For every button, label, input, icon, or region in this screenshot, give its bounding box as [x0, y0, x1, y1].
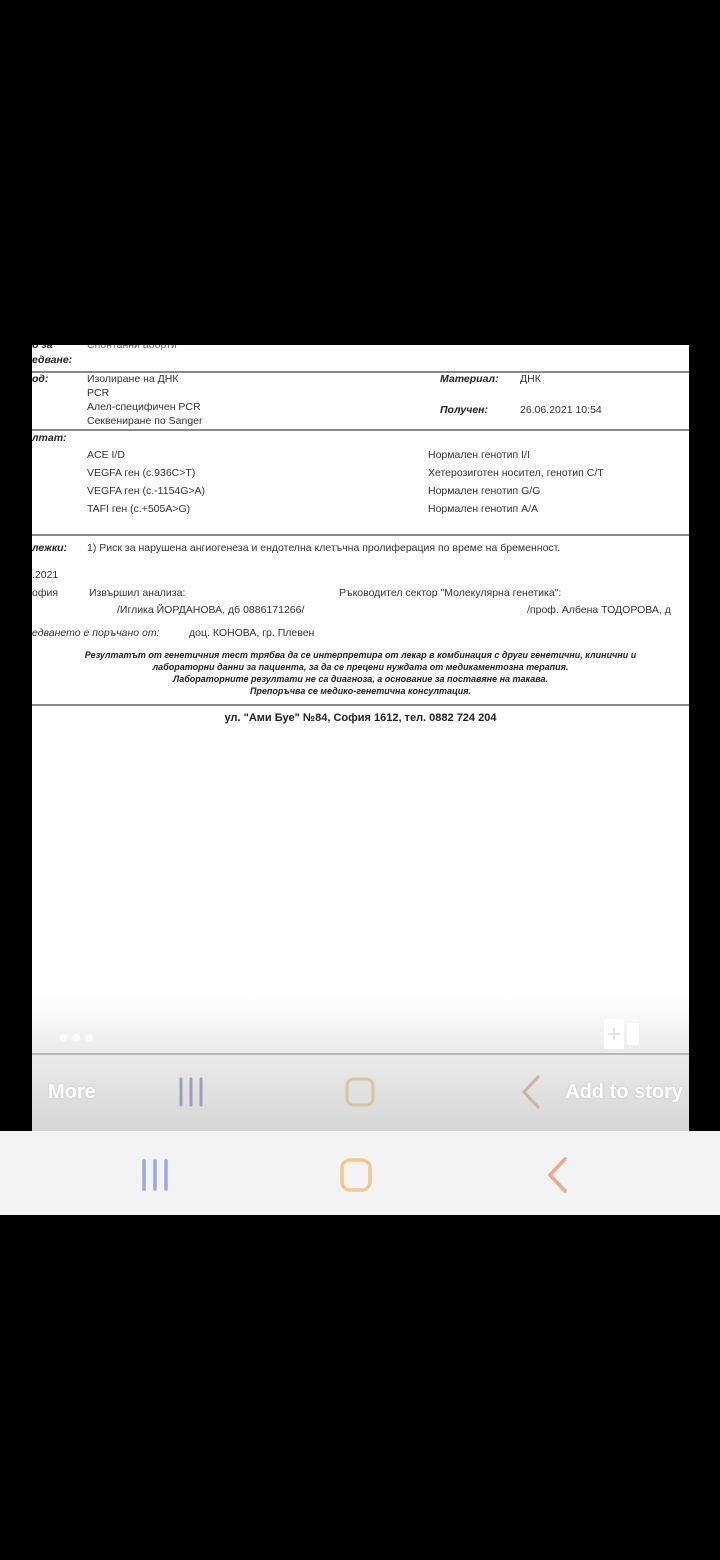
received-value: 26.06.2021 10:54: [520, 404, 602, 416]
disclaimer-line: Препоръчва се медико-генетична консултац…: [32, 686, 689, 698]
notes-label: лежки:: [32, 542, 67, 554]
disclaimer-line: Лабораторните резултати не са диагноза, …: [32, 674, 689, 686]
overlay-divider: [32, 1053, 689, 1055]
result-test: ACE I/D: [87, 449, 125, 461]
add-to-story-icon[interactable]: [604, 1017, 640, 1051]
notes-text: 1) Риск за нарушена ангиогенеза и ендоте…: [87, 542, 560, 554]
more-dots-icon[interactable]: ●●●: [58, 1027, 97, 1048]
result-outcome: Нормален генотип A/A: [428, 503, 538, 515]
label-reason-line2: едване:: [32, 354, 72, 366]
system-navigation-bar: [0, 1131, 720, 1215]
head-name: /проф. Албена ТОДОРОВА, д: [527, 604, 671, 616]
back-icon[interactable]: [543, 1155, 571, 1195]
divider: [32, 534, 689, 536]
disclaimer-line: лабораторни данни за пациента, за да се …: [32, 662, 689, 674]
method-item: Секвениране по Sanger: [87, 415, 203, 427]
city-partial: офия: [32, 587, 58, 599]
recent-apps-ghost-icon: [177, 1075, 207, 1109]
viewer-overlay: ●●● More Add to story: [32, 995, 689, 1131]
back-ghost-icon: [518, 1073, 544, 1111]
home-icon[interactable]: [338, 1157, 374, 1193]
date-partial: .2021: [32, 569, 58, 581]
reason-value: Спонтанни аборти: [87, 345, 177, 351]
lab-address: ул. "Ами Буе" №84, София 1612, тел. 0882…: [32, 712, 689, 724]
result-outcome: Нормален генотип G/G: [428, 485, 540, 497]
method-item: PCR: [87, 387, 109, 399]
method-label: од:: [32, 373, 48, 385]
recent-apps-icon[interactable]: [140, 1157, 174, 1193]
result-label: лтат:: [32, 432, 67, 444]
divider: [32, 704, 689, 706]
method-item: Изолиране на ДНК: [87, 373, 178, 385]
ordered-label: едването е поръчано от:: [32, 627, 160, 639]
result-outcome: Нормален генотип I/I: [428, 449, 530, 461]
material-value: ДНК: [520, 373, 541, 385]
result-test: VEGFA ген (c.-1154G>A): [87, 485, 205, 497]
performed-name: /Иглика ЙОРДАНОВА, дб 0886171266/: [117, 604, 304, 616]
head-label: Ръководител сектор "Молекулярна генетика…: [339, 587, 561, 599]
performed-label: Извършил анализа:: [89, 587, 185, 599]
disclaimer-line: Резултатът от генетичния тест трябва да …: [32, 650, 689, 662]
result-test: TAFI ген (c.+505A>G): [87, 503, 190, 515]
result-outcome: Хетерозиготен носител, генотип C/T: [428, 467, 604, 479]
result-test: VEGFA ген (c.936C>T): [87, 467, 195, 479]
divider: [32, 429, 689, 431]
add-to-story-button[interactable]: Add to story: [565, 1081, 683, 1104]
method-item: Алел-специфичен PCR: [87, 401, 201, 413]
label-reason-line1: о за: [32, 345, 53, 351]
received-label: Получен:: [440, 404, 488, 416]
home-ghost-icon: [343, 1075, 377, 1109]
ordered-value: доц. КОНОВА, гр. Плевен: [189, 627, 314, 639]
more-button[interactable]: More: [48, 1081, 96, 1104]
material-label: Материал:: [440, 373, 499, 385]
